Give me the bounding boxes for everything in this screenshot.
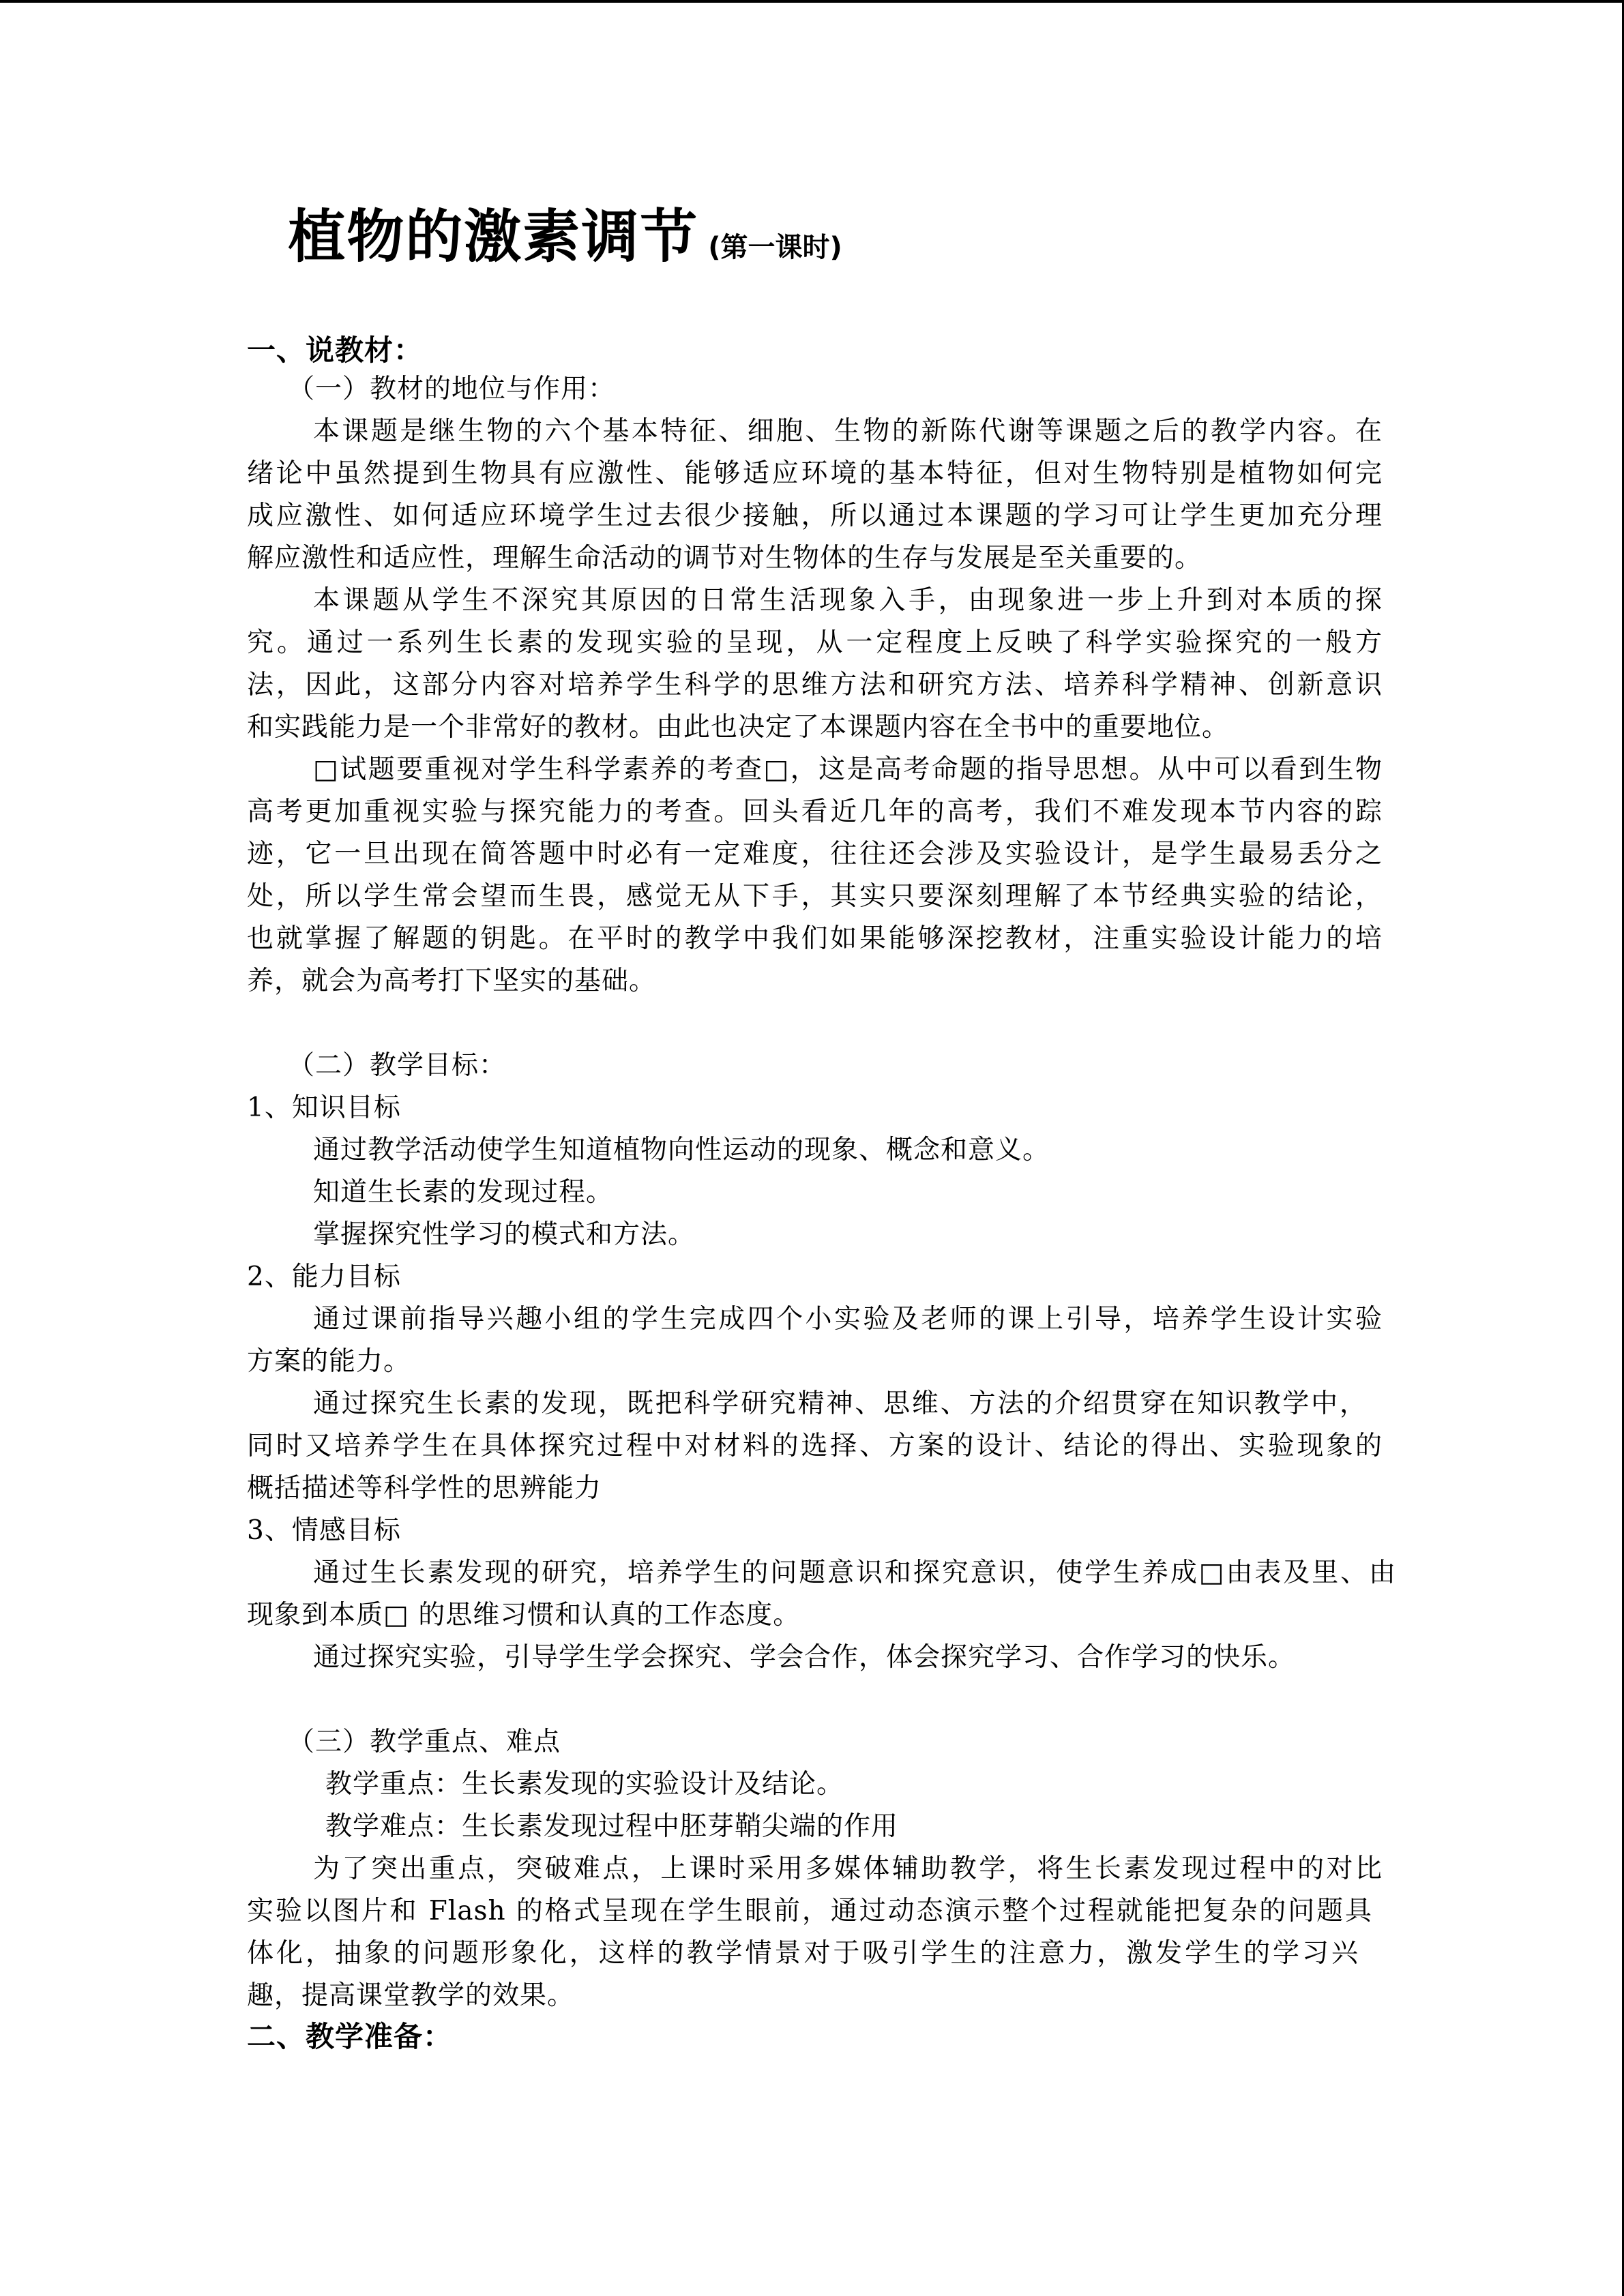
paragraph-line: 法，因此，这部分内容对培养学生科学的思维方法和研究方法、培养科学精神、创新意识 — [247, 664, 1383, 706]
paragraph-line: 实验以图片和 Flash 的格式呈现在学生眼前，通过动态演示整个过程就能把复杂的… — [247, 1890, 1372, 1933]
paragraph-line: 和实践能力是一个非常好的教材。由此也决定了本课题内容在全书中的重要地位。 — [247, 706, 1229, 749]
paragraph-line: 为了突出重点，突破难点，上课时采用多媒体辅助教学，将生长素发现过程中的对比 — [313, 1848, 1383, 1890]
paragraph-line: 本课题是继生物的六个基本特征、细胞、生物的新陈代谢等课题之后的教学内容。在 — [313, 411, 1383, 453]
paragraph-line: 究。通过一系列生长素的发现实验的呈现，从一定程度上反映了科学实验探究的一般方 — [247, 622, 1383, 664]
subsection-heading-2: （二）教学目标： — [288, 1045, 506, 1087]
paragraph-line: 体化，抽象的问题形象化，这样的教学情景对于吸引学生的注意力，激发学生的学习兴 — [247, 1933, 1359, 1975]
paragraph-line: 绪论中虽然提到生物具有应激性、能够适应环境的基本特征，但对生物特别是植物如何完 — [247, 453, 1383, 495]
paragraph-line: 本课题从学生不深究其原因的日常生活现象入手，由现象进一步上升到对本质的探 — [313, 580, 1383, 622]
paragraph-line: 高考更加重视实验与探究能力的考查。回头看近几年的高考，我们不难发现本节内容的踪 — [247, 791, 1383, 833]
paragraph-line: 通过探究实验，引导学生学会探究、学会合作，体会探究学习、合作学习的快乐。 — [313, 1637, 1295, 1679]
paragraph-line: 养，就会为高考打下坚实的基础。 — [247, 960, 656, 1002]
key-point: 教学重点：生长素发现的实验设计及结论。 — [325, 1763, 844, 1806]
paragraph-line: 通过课前指导兴趣小组的学生完成四个小实验及老师的课上引导，培养学生设计实验 — [313, 1298, 1383, 1341]
goal-heading-ability: 2、能力目标 — [247, 1256, 401, 1298]
paragraph-line: 概括描述等科学性的思辨能力 — [247, 1467, 602, 1510]
subsection-heading-3: （三）教学重点、难点 — [288, 1721, 561, 1763]
paragraph-line: 迹，它一旦出现在简答题中时必有一定难度，往往还会涉及实验设计，是学生最易丢分之 — [247, 833, 1383, 876]
goal-heading-emotion: 3、情感目标 — [247, 1510, 401, 1552]
page-top-border — [0, 0, 1624, 3]
subsection-heading-1: （一）教材的地位与作用： — [288, 368, 615, 411]
paragraph-line: 也就掌握了解题的钥匙。在平时的教学中我们如果能够深挖教材，注重实验设计能力的培 — [247, 918, 1383, 960]
paragraph-line: 通过探究生长素的发现，既把科学研究精神、思维、方法的介绍贯穿在知识教学中， — [313, 1383, 1367, 1425]
paragraph-line: 现象到本质□ 的思维习惯和认真的工作态度。 — [247, 1594, 800, 1637]
paragraph-line: 处，所以学生常会望而生畏，感觉无从下手，其实只要深刻理解了本节经典实验的结论， — [247, 876, 1383, 918]
paragraph-line: 成应激性、如何适应环境学生过去很少接触，所以通过本课题的学习可让学生更加充分理 — [247, 495, 1383, 537]
goal-heading-knowledge: 1、知识目标 — [247, 1087, 401, 1129]
paragraph-line: 通过生长素发现的研究，培养学生的问题意识和探究意识，使学生养成□由表及里、由 — [313, 1552, 1396, 1594]
document-title: 植物的激素调节(第一课时) — [0, 199, 1377, 285]
title-suffix: (第一课时) — [708, 232, 842, 263]
goal-item: 掌握探究性学习的模式和方法。 — [313, 1214, 695, 1256]
section-heading-1: 一、说教材： — [247, 329, 423, 372]
section-heading-2: 二、教学准备： — [247, 2016, 452, 2058]
goal-item: 通过教学活动使学生知道植物向性运动的现象、概念和意义。 — [313, 1129, 1050, 1172]
paragraph-line: 同时又培养学生在具体探究过程中对材料的选择、方案的设计、结论的得出、实验现象的 — [247, 1425, 1383, 1467]
paragraph-line: □试题要重视对学生科学素养的考查□，这是高考命题的指导思想。从中可以看到生物 — [313, 749, 1383, 791]
paragraph-line: 方案的能力。 — [247, 1341, 411, 1383]
paragraph-line: 解应激性和适应性，理解生命活动的调节对生物体的生存与发展是至关重要的。 — [247, 537, 1202, 580]
difficulty-point: 教学难点：生长素发现过程中胚芽鞘尖端的作用 — [325, 1806, 898, 1848]
goal-item: 知道生长素的发现过程。 — [313, 1172, 613, 1214]
title-text: 植物的激素调节 — [288, 203, 698, 270]
paragraph-line: 趣，提高课堂教学的效果。 — [247, 1975, 574, 2017]
